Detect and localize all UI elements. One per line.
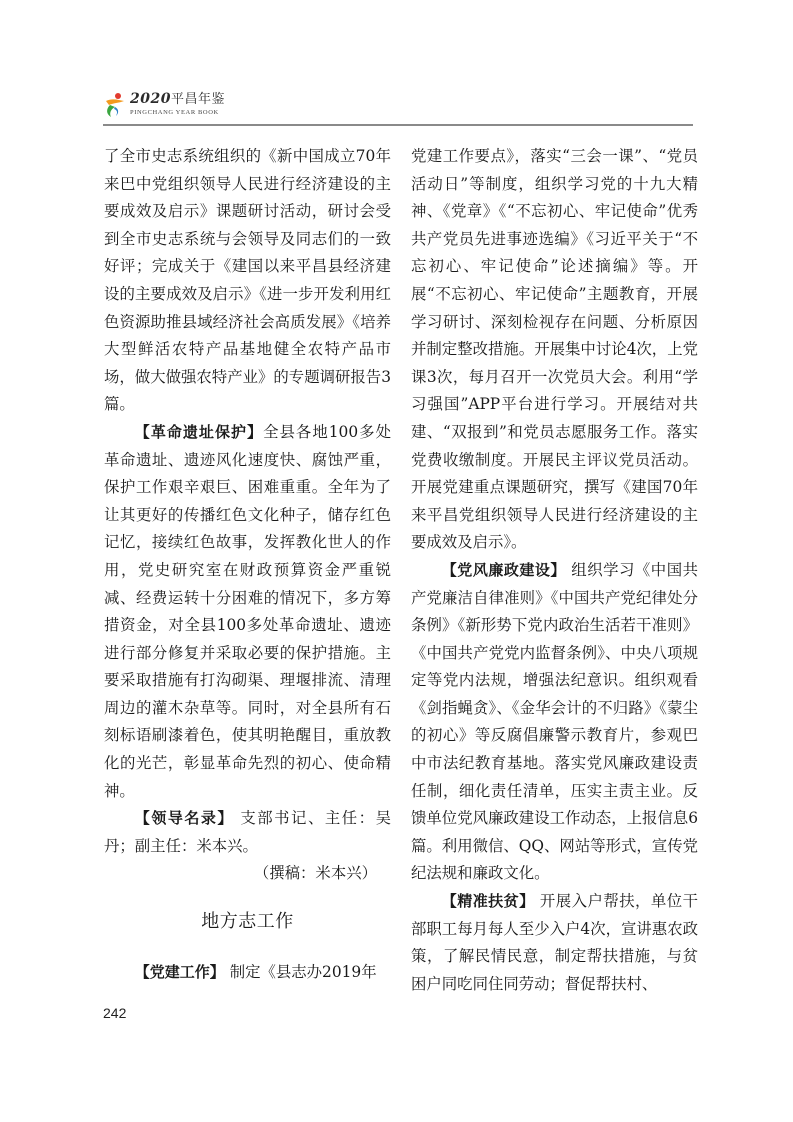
header-rule	[103, 124, 693, 126]
section-leaders: 【领导名录】 支部书记、主任：吴丹；副主任：米本兴。	[104, 805, 391, 860]
paragraph-continued: 党建工作要点》，落实“三会一课”、“党员活动日”等制度，组织学习党的十九大精神、…	[411, 143, 698, 557]
stylized-runner-logo-icon	[103, 92, 125, 118]
page-number: 242	[103, 1005, 126, 1021]
section-text: 全县各地100多处革命遗址、遗迹风化速度快、腐蚀严重，保护工作艰辛艰巨、困难重重…	[104, 423, 391, 800]
section-revolution-sites: 【革命遗址保护】全县各地100多处革命遗址、遗迹风化速度快、腐蚀严重，保护工作艰…	[104, 419, 391, 805]
yearbook-brand: 2020平昌年鉴 PINGCHANG YEAR BOOK	[130, 91, 225, 117]
chapter-heading: 地方志工作	[104, 908, 391, 936]
author-byline: （撰稿：米本兴）	[104, 860, 391, 888]
yearbook-title-cn: 平昌年鉴	[171, 92, 225, 107]
yearbook-year: 2020	[130, 91, 171, 107]
paragraph-continued: 了全市史志系统组织的《新中国成立70年来巴中党组织领导人民进行经济建设的主要成效…	[104, 143, 391, 419]
section-integrity: 【党风廉政建设】 组织学习《中国共产党廉洁自律准则》《中国共产党纪律处分条例》《…	[411, 557, 698, 888]
left-column: 了全市史志系统组织的《新中国成立70年来巴中党组织领导人民进行经济建设的主要成效…	[104, 143, 391, 986]
section-lead: 【党建工作】	[135, 963, 225, 981]
section-lead: 【精准扶贫】	[442, 892, 535, 910]
section-text: 组织学习《中国共产党廉洁自律准则》《中国共产党纪律处分条例》《新形势下党内政治生…	[411, 561, 698, 883]
right-column: 党建工作要点》，落实“三会一课”、“党员活动日”等制度，组织学习党的十九大精神、…	[411, 143, 698, 998]
section-lead: 【党风廉政建设】	[442, 561, 566, 579]
page-header: 2020平昌年鉴 PINGCHANG YEAR BOOK	[103, 90, 693, 126]
yearbook-title: 2020平昌年鉴	[130, 91, 225, 108]
section-lead: 【领导名录】	[135, 809, 234, 827]
section-poverty-alleviation: 【精准扶贫】 开展入户帮扶，单位干部职工每月每人至少入户4次，宣讲惠农政策，了解…	[411, 888, 698, 998]
section-text: 制定《县志办2019年	[225, 963, 377, 981]
yearbook-subtitle-en: PINGCHANG YEAR BOOK	[130, 108, 225, 117]
section-lead: 【革命遗址保护】	[135, 423, 263, 441]
section-party-building: 【党建工作】 制定《县志办2019年	[104, 959, 391, 987]
